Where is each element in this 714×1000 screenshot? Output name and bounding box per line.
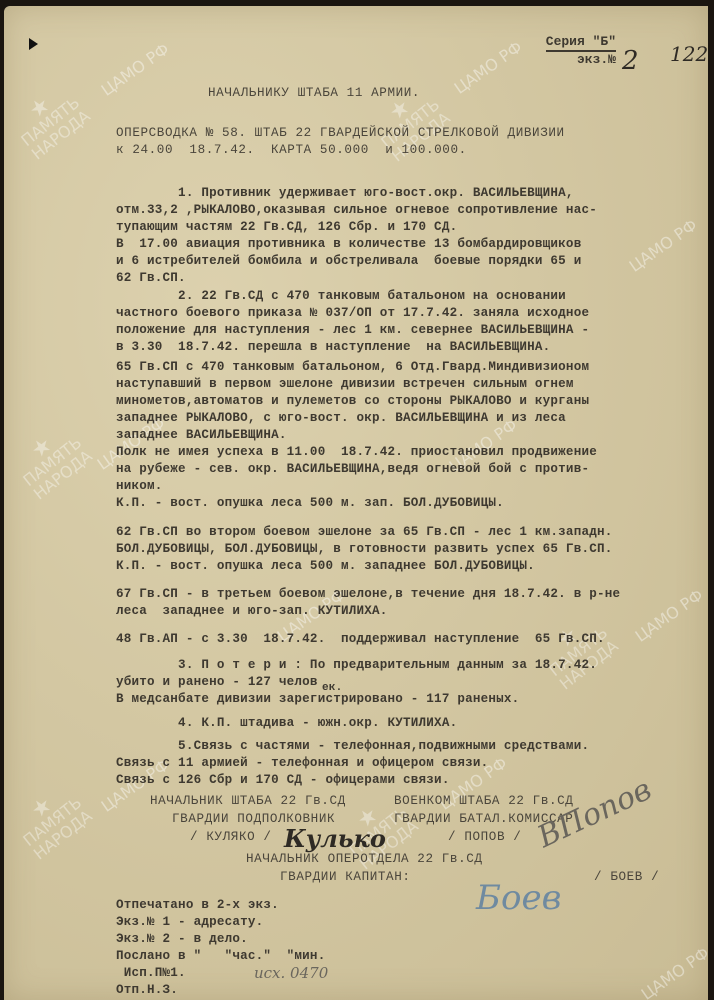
star-icon: ★ <box>8 80 73 136</box>
section-4-command-post: 4. К.П. штадива - южн.окр. КУТИЛИХА. <box>116 716 457 730</box>
series-stamp: Серия "Б" экз.№ <box>546 34 616 67</box>
watermark-camo: ЦАМО РФ <box>98 39 173 99</box>
series-label: Серия "Б" <box>546 34 616 52</box>
document-title-line2: к 24.00 18.7.42. КАРТА 50.000 и 100.000. <box>116 143 467 158</box>
watermark-camo: ЦАМО РФ <box>638 943 713 1000</box>
addressee: НАЧАЛЬНИКУ ШТАБА 11 АРМИИ. <box>208 86 420 101</box>
handwritten-signature: Кулько <box>284 824 386 853</box>
handwritten-signature: Боев <box>476 878 561 918</box>
document-title-line1: ОПЕРСВОДКА № 58. ШТАБ 22 ГВАРДЕЙСКОЙ СТР… <box>116 126 565 141</box>
star-icon: ★ <box>10 420 75 476</box>
watermark-camo: ЦАМО РФ <box>451 37 526 97</box>
watermark-camo: ЦАМО РФ <box>626 215 701 275</box>
watermark-pamyat-naroda: ★ ПАМЯТЬ НАРОДА <box>10 780 96 862</box>
watermark-pamyat-naroda: ★ ПАМЯТЬ НАРОДА <box>8 80 94 162</box>
handwritten-outgoing-number: исх. 0470 <box>254 964 328 982</box>
archival-document-page: ЦАМО РФ ЦАМО РФ ЦАМО РФ ЦАМО РФ ЦАМО РФ … <box>4 6 708 1000</box>
handwritten-page-number: 122 <box>670 42 708 66</box>
punch-hole-mark <box>29 38 38 50</box>
handwritten-copy-number: 2 <box>622 46 639 76</box>
watermark-pamyat-naroda: ★ ПАМЯТЬ НАРОДА <box>536 610 622 692</box>
copy-label: экз.№ <box>577 52 616 67</box>
handwritten-signature: ВПопов <box>532 772 657 855</box>
watermark-camo: ЦАМО РФ <box>632 585 707 645</box>
watermark-pamyat-naroda: ★ ПАМЯТЬ НАРОДА <box>10 420 96 502</box>
section-2-48-artillery: 48 Гв.АП - с 3.30 18.7.42. поддерживал н… <box>116 632 605 646</box>
star-icon: ★ <box>10 780 75 836</box>
